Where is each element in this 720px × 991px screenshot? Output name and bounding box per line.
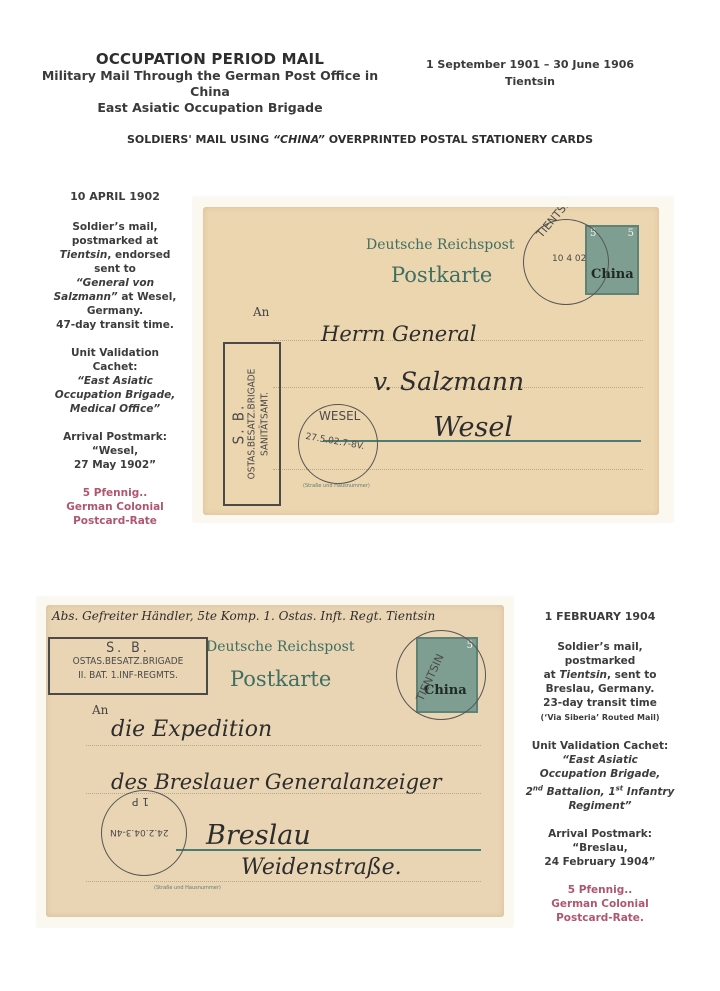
item-summary: Soldier’s mail, postmarked at Tientsin, …	[515, 640, 685, 725]
wohnung-label: (Straße und Hausnummer)	[303, 483, 370, 489]
item-2-description: 1 FEBRUARY 1904 Soldier’s mail, postmark…	[515, 610, 685, 939]
card-title: Postkarte	[230, 667, 331, 691]
section-title-part: SOLDIERS' MAIL USING	[127, 133, 273, 146]
page-title: OCCUPATION PERIOD MAIL	[40, 50, 380, 68]
address-line-2: v. Salzmann	[373, 367, 524, 396]
card-an-label: An	[253, 305, 269, 319]
card-header: Deutsche Reichspost	[366, 237, 514, 253]
card-header: Deutsche Reichspost	[206, 639, 354, 655]
item-cachet-info: Unit Validation Cachet: “East Asiatic Oc…	[515, 739, 685, 813]
arrival-postmark: WESEL 27.5.02.7-8V.	[298, 404, 378, 484]
origin-postmark: TIENTSIN	[396, 630, 486, 720]
wohnung-label: (Straße und Hausnummer)	[154, 885, 221, 891]
page-subtitle: Military Mail Through the German Post Of…	[40, 68, 380, 100]
card-an-label: An	[92, 703, 108, 717]
item-rate: 5 Pfennig.. German Colonial Postcard-Rat…	[40, 486, 190, 528]
item-cachet-info: Unit Validation Cachet: “East Asiatic Oc…	[40, 346, 190, 416]
origin-postmark: TIENTSIN 10 4 02	[523, 219, 609, 305]
sender-line: Abs. Gefreiter Händler, 5te Komp. 1. Ost…	[52, 609, 435, 623]
address-line-2: des Breslauer Generalanzeiger	[111, 770, 442, 794]
period-info: 1 September 1901 – 30 June 1906 Tientsin	[420, 56, 640, 90]
item-date: 10 APRIL 1902	[40, 190, 190, 204]
item-arrival-info: Arrival Postmark: “Breslau, 24 February …	[515, 827, 685, 869]
item-arrival-info: Arrival Postmark: “Wesel, 27 May 1902”	[40, 430, 190, 472]
page-header: OCCUPATION PERIOD MAIL Military Mail Thr…	[40, 50, 380, 116]
item-1-description: 10 APRIL 1902 Soldier’s mail, postmarked…	[40, 190, 190, 542]
postcard-1: Deutsche Reichspost Postkarte An 5 5 Chi…	[203, 207, 659, 515]
unit-cachet: S. B. OSTAS.BESATZ.BRIGADE II. BAT. 1.IN…	[48, 637, 208, 695]
arrival-postmark: 1 P 24.2.04.3-4N	[101, 790, 187, 876]
section-title-part: OVERPRINTED POSTAL STATIONERY CARDS	[325, 133, 593, 146]
address-line-1: die Expedition	[111, 717, 272, 742]
page-subtitle-2: East Asiatic Occupation Brigade	[40, 100, 380, 116]
location: Tientsin	[420, 73, 640, 90]
item-date: 1 FEBRUARY 1904	[515, 610, 685, 624]
address-line-1: Herrn General	[321, 322, 476, 346]
date-range: 1 September 1901 – 30 June 1906	[420, 56, 640, 73]
unit-cachet: S. B. OSTAS.BESATZ.BRIGADE SANITÄTSAMT.	[223, 342, 281, 506]
address-line-3: Wesel	[433, 412, 513, 443]
address-line-4: Weidenstraße.	[241, 855, 402, 880]
section-title: SOLDIERS' MAIL USING “CHINA” OVERPRINTED…	[100, 133, 620, 146]
card-title: Postkarte	[391, 263, 492, 287]
section-title-emphasis: “CHINA”	[273, 133, 325, 146]
item-rate: 5 Pfennig.. German Colonial Postcard-Rat…	[515, 883, 685, 925]
address-line-3: Breslau	[206, 820, 311, 851]
item-summary: Soldier’s mail, postmarked at Tientsin, …	[40, 220, 190, 332]
postcard-2: Abs. Gefreiter Händler, 5te Komp. 1. Ost…	[46, 605, 504, 917]
